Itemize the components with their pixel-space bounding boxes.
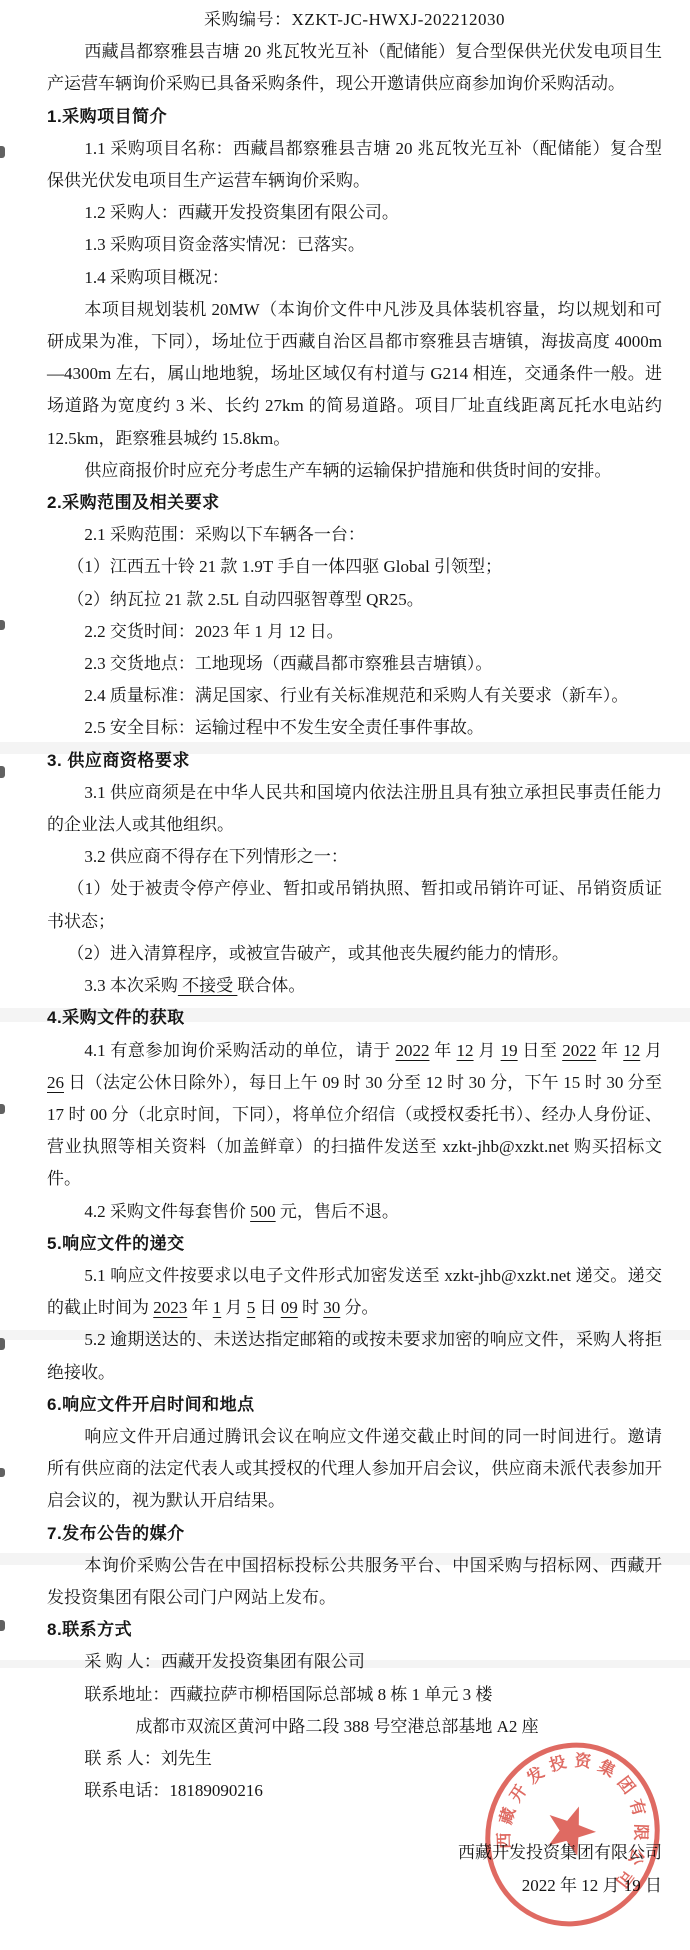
text-run: 元，售后不退。	[276, 1202, 399, 1221]
text-run: 供应商报价时应充分考虑生产车辆的运输保护措施和供货时间的安排。	[84, 461, 611, 480]
text-run: 2.2 交货时间：2023 年 1 月 12 日。	[84, 622, 343, 641]
paragraph: 4.1 有意参加询价采购活动的单位，请于 2022 年 12 月 19 日至 2…	[47, 1035, 662, 1196]
text-run: 2.采购范围及相关要求	[47, 493, 220, 512]
paragraph: （1）处于被责令停产停业、暂扣或吊销执照、暂扣或吊销许可证、吊销资质证书状态；	[47, 873, 662, 937]
text-run: 5.响应文件的递交	[47, 1234, 185, 1253]
text-run: 2.1 采购范围：采购以下车辆各一台：	[84, 525, 365, 544]
document-body: 西藏昌都察雅县吉塘 20 兆瓦牧光互补（配储能）复合型保供光伏发电项目生产运营车…	[47, 36, 662, 1807]
underlined-value: 不接受	[178, 976, 238, 995]
underlined-value: 1	[213, 1298, 222, 1317]
underlined-value: 5	[247, 1298, 256, 1317]
paragraph: 成都市双流区黄河中路二段 388 号空港总部基地 A2 座	[47, 1711, 662, 1743]
company-seal-stamp: 西藏开发投资集团有限公司	[484, 1740, 661, 1929]
text-run: 4.1 有意参加询价采购活动的单位，请于	[84, 1041, 395, 1060]
text-run: 月	[221, 1298, 247, 1317]
text-run: （1）处于被责令停产停业、暂扣或吊销执照、暂扣或吊销许可证、吊销资质证书状态；	[47, 879, 662, 930]
text-run: 成都市双流区黄河中路二段 388 号空港总部基地 A2 座	[135, 1717, 538, 1736]
text-run: 日（法定公休日除外），每日上午 09 时 30 分至 12 时 30 分，下午 …	[47, 1073, 662, 1189]
paragraph: 2.5 安全目标：运输过程中不发生安全责任事件事故。	[47, 712, 662, 744]
section-heading: 8.联系方式	[47, 1614, 662, 1646]
section-heading: 6.响应文件开启时间和地点	[47, 1389, 662, 1421]
paragraph: 1.1 采购项目名称：西藏昌都察雅县吉塘 20 兆瓦牧光互补（配储能）复合型保供…	[47, 133, 662, 197]
section-heading: 2.采购范围及相关要求	[47, 487, 662, 519]
section-heading: 4.采购文件的获取	[47, 1002, 662, 1034]
text-run: 2.3 交货地点：工地现场（西藏昌都市察雅县吉塘镇）。	[84, 654, 492, 673]
paragraph: 4.2 采购文件每套售价 500 元，售后不退。	[47, 1196, 662, 1228]
paragraph: 2.1 采购范围：采购以下车辆各一台：	[47, 519, 662, 551]
seal-star-icon	[540, 1798, 602, 1859]
paragraph: 本项目规划装机 20MW（本询价文件中凡涉及具体装机容量，均以规划和可研成果为准…	[47, 294, 662, 455]
section-heading: 7.发布公告的媒介	[47, 1518, 662, 1550]
text-run: 8.联系方式	[47, 1620, 132, 1639]
text-run: 日	[255, 1298, 281, 1317]
text-run: 4.2 采购文件每套售价	[84, 1202, 250, 1221]
paragraph: 3.2 供应商不得存在下列情形之一：	[47, 841, 662, 873]
underlined-value: 09	[281, 1298, 298, 1317]
text-run: 年	[187, 1298, 213, 1317]
text-run: 3.2 供应商不得存在下列情形之一：	[84, 847, 348, 866]
text-run: 联 系 人：刘先生	[84, 1749, 212, 1768]
text-run: 1.采购项目简介	[47, 107, 167, 126]
document-content: 采购编号：XZKT-JC-HWXJ-202212030 西藏昌都察雅县吉塘 20…	[0, 0, 690, 1902]
paragraph: 2.4 质量标准：满足国家、行业有关标准规范和采购人有关要求（新车）。	[47, 680, 662, 712]
text-run: 1.2 采购人：西藏开发投资集团有限公司。	[84, 203, 399, 222]
paragraph: （1）江西五十铃 21 款 1.9T 手自一体四驱 Global 引领型；	[47, 551, 662, 583]
text-run: 月	[474, 1041, 501, 1060]
paragraph: （2）进入清算程序，或被宣告破产，或其他丧失履约能力的情形。	[47, 938, 662, 970]
paragraph: 采 购 人：西藏开发投资集团有限公司	[47, 1646, 662, 1678]
paragraph: （2）纳瓦拉 21 款 2.5L 自动四驱智尊型 QR25。	[47, 584, 662, 616]
text-run: 1.1 采购项目名称：西藏昌都察雅县吉塘 20 兆瓦牧光互补（配储能）复合型保供…	[47, 139, 662, 190]
text-run: 3.3 本次采购	[84, 976, 178, 995]
text-run: 本询价采购公告在中国招标投标公共服务平台、中国采购与招标网、西藏开发投资集团有限…	[47, 1556, 662, 1607]
text-run: 采 购 人：西藏开发投资集团有限公司	[84, 1652, 365, 1671]
text-run: 2.4 质量标准：满足国家、行业有关标准规范和采购人有关要求（新车）。	[84, 686, 628, 705]
paragraph: 3.1 供应商须是在中华人民共和国境内依法注册且具有独立承担民事责任能力的企业法…	[47, 777, 662, 841]
text-run: 7.发布公告的媒介	[47, 1524, 185, 1543]
text-run: 时	[298, 1298, 324, 1317]
underlined-value: 12	[623, 1041, 640, 1060]
paragraph: 2.2 交货时间：2023 年 1 月 12 日。	[47, 616, 662, 648]
underlined-value: 2022	[562, 1041, 596, 1060]
paragraph: 西藏昌都察雅县吉塘 20 兆瓦牧光互补（配储能）复合型保供光伏发电项目生产运营车…	[47, 36, 662, 100]
text-run: 响应文件开启通过腾讯会议在响应文件递交截止时间的同一时间进行。邀请所有供应商的法…	[47, 1427, 662, 1510]
paragraph: 1.4 采购项目概况：	[47, 262, 662, 294]
text-run: 联系电话：18189090216	[84, 1781, 263, 1800]
paragraph: 5.2 逾期送达的、未送达指定邮箱的或按未要求加密的响应文件，采购人将拒绝接收。	[47, 1324, 662, 1388]
text-run: 年	[429, 1041, 456, 1060]
paragraph: 1.3 采购项目资金落实情况：已落实。	[47, 229, 662, 261]
paragraph: 联系地址：西藏拉萨市柳梧国际总部城 8 栋 1 单元 3 楼	[47, 1679, 662, 1711]
paragraph: 2.3 交货地点：工地现场（西藏昌都市察雅县吉塘镇）。	[47, 648, 662, 680]
underlined-value: 19	[501, 1041, 518, 1060]
underlined-value: 2022	[395, 1041, 429, 1060]
paragraph: 5.1 响应文件按要求以电子文件形式加密发送至 xzkt-jhb@xzkt.ne…	[47, 1260, 662, 1324]
section-heading: 1.采购项目简介	[47, 101, 662, 133]
text-run: 3.1 供应商须是在中华人民共和国境内依法注册且具有独立承担民事责任能力的企业法…	[47, 783, 662, 834]
scanned-procurement-notice-page: 采购编号：XZKT-JC-HWXJ-202212030 西藏昌都察雅县吉塘 20…	[0, 0, 690, 1950]
text-run: 1.3 采购项目资金落实情况：已落实。	[84, 235, 365, 254]
text-run: （1）江西五十铃 21 款 1.9T 手自一体四驱 Global 引领型；	[67, 557, 502, 576]
text-run: 6.响应文件开启时间和地点	[47, 1395, 255, 1414]
text-run: 3. 供应商资格要求	[47, 751, 190, 770]
doc-number: 采购编号：XZKT-JC-HWXJ-202212030	[47, 4, 662, 36]
paragraph: 3.3 本次采购 不接受 联合体。	[47, 970, 662, 1002]
text-run: 日至	[518, 1041, 563, 1060]
text-run: 2.5 安全目标：运输过程中不发生安全责任事件事故。	[84, 718, 484, 737]
text-run: 联合体。	[237, 976, 305, 995]
paragraph: 本询价采购公告在中国招标投标公共服务平台、中国采购与招标网、西藏开发投资集团有限…	[47, 1550, 662, 1614]
text-run: （2）进入清算程序，或被宣告破产，或其他丧失履约能力的情形。	[67, 944, 569, 963]
text-run: 1.4 采购项目概况：	[84, 268, 229, 287]
text-run: 5.2 逾期送达的、未送达指定邮箱的或按未要求加密的响应文件，采购人将拒绝接收。	[47, 1330, 662, 1381]
text-run: 本项目规划装机 20MW（本询价文件中凡涉及具体装机容量，均以规划和可研成果为准…	[47, 300, 662, 448]
section-heading: 3. 供应商资格要求	[47, 745, 662, 777]
underlined-value: 12	[457, 1041, 474, 1060]
text-run: 年	[596, 1041, 623, 1060]
text-run: （2）纳瓦拉 21 款 2.5L 自动四驱智尊型 QR25。	[67, 590, 423, 609]
paragraph: 响应文件开启通过腾讯会议在响应文件递交截止时间的同一时间进行。邀请所有供应商的法…	[47, 1421, 662, 1518]
text-run: 分。	[340, 1298, 378, 1317]
text-run: 联系地址：西藏拉萨市柳梧国际总部城 8 栋 1 单元 3 楼	[84, 1685, 492, 1704]
underlined-value: 26	[47, 1073, 64, 1092]
underlined-value: 30	[323, 1298, 340, 1317]
text-run: 4.采购文件的获取	[47, 1008, 185, 1027]
paragraph: 1.2 采购人：西藏开发投资集团有限公司。	[47, 197, 662, 229]
text-run: 月	[640, 1041, 662, 1060]
section-heading: 5.响应文件的递交	[47, 1228, 662, 1260]
paragraph: 供应商报价时应充分考虑生产车辆的运输保护措施和供货时间的安排。	[47, 455, 662, 487]
underlined-value: 500	[250, 1202, 276, 1221]
underlined-value: 2023	[153, 1298, 187, 1317]
text-run: 西藏昌都察雅县吉塘 20 兆瓦牧光互补（配储能）复合型保供光伏发电项目生产运营车…	[47, 42, 662, 93]
